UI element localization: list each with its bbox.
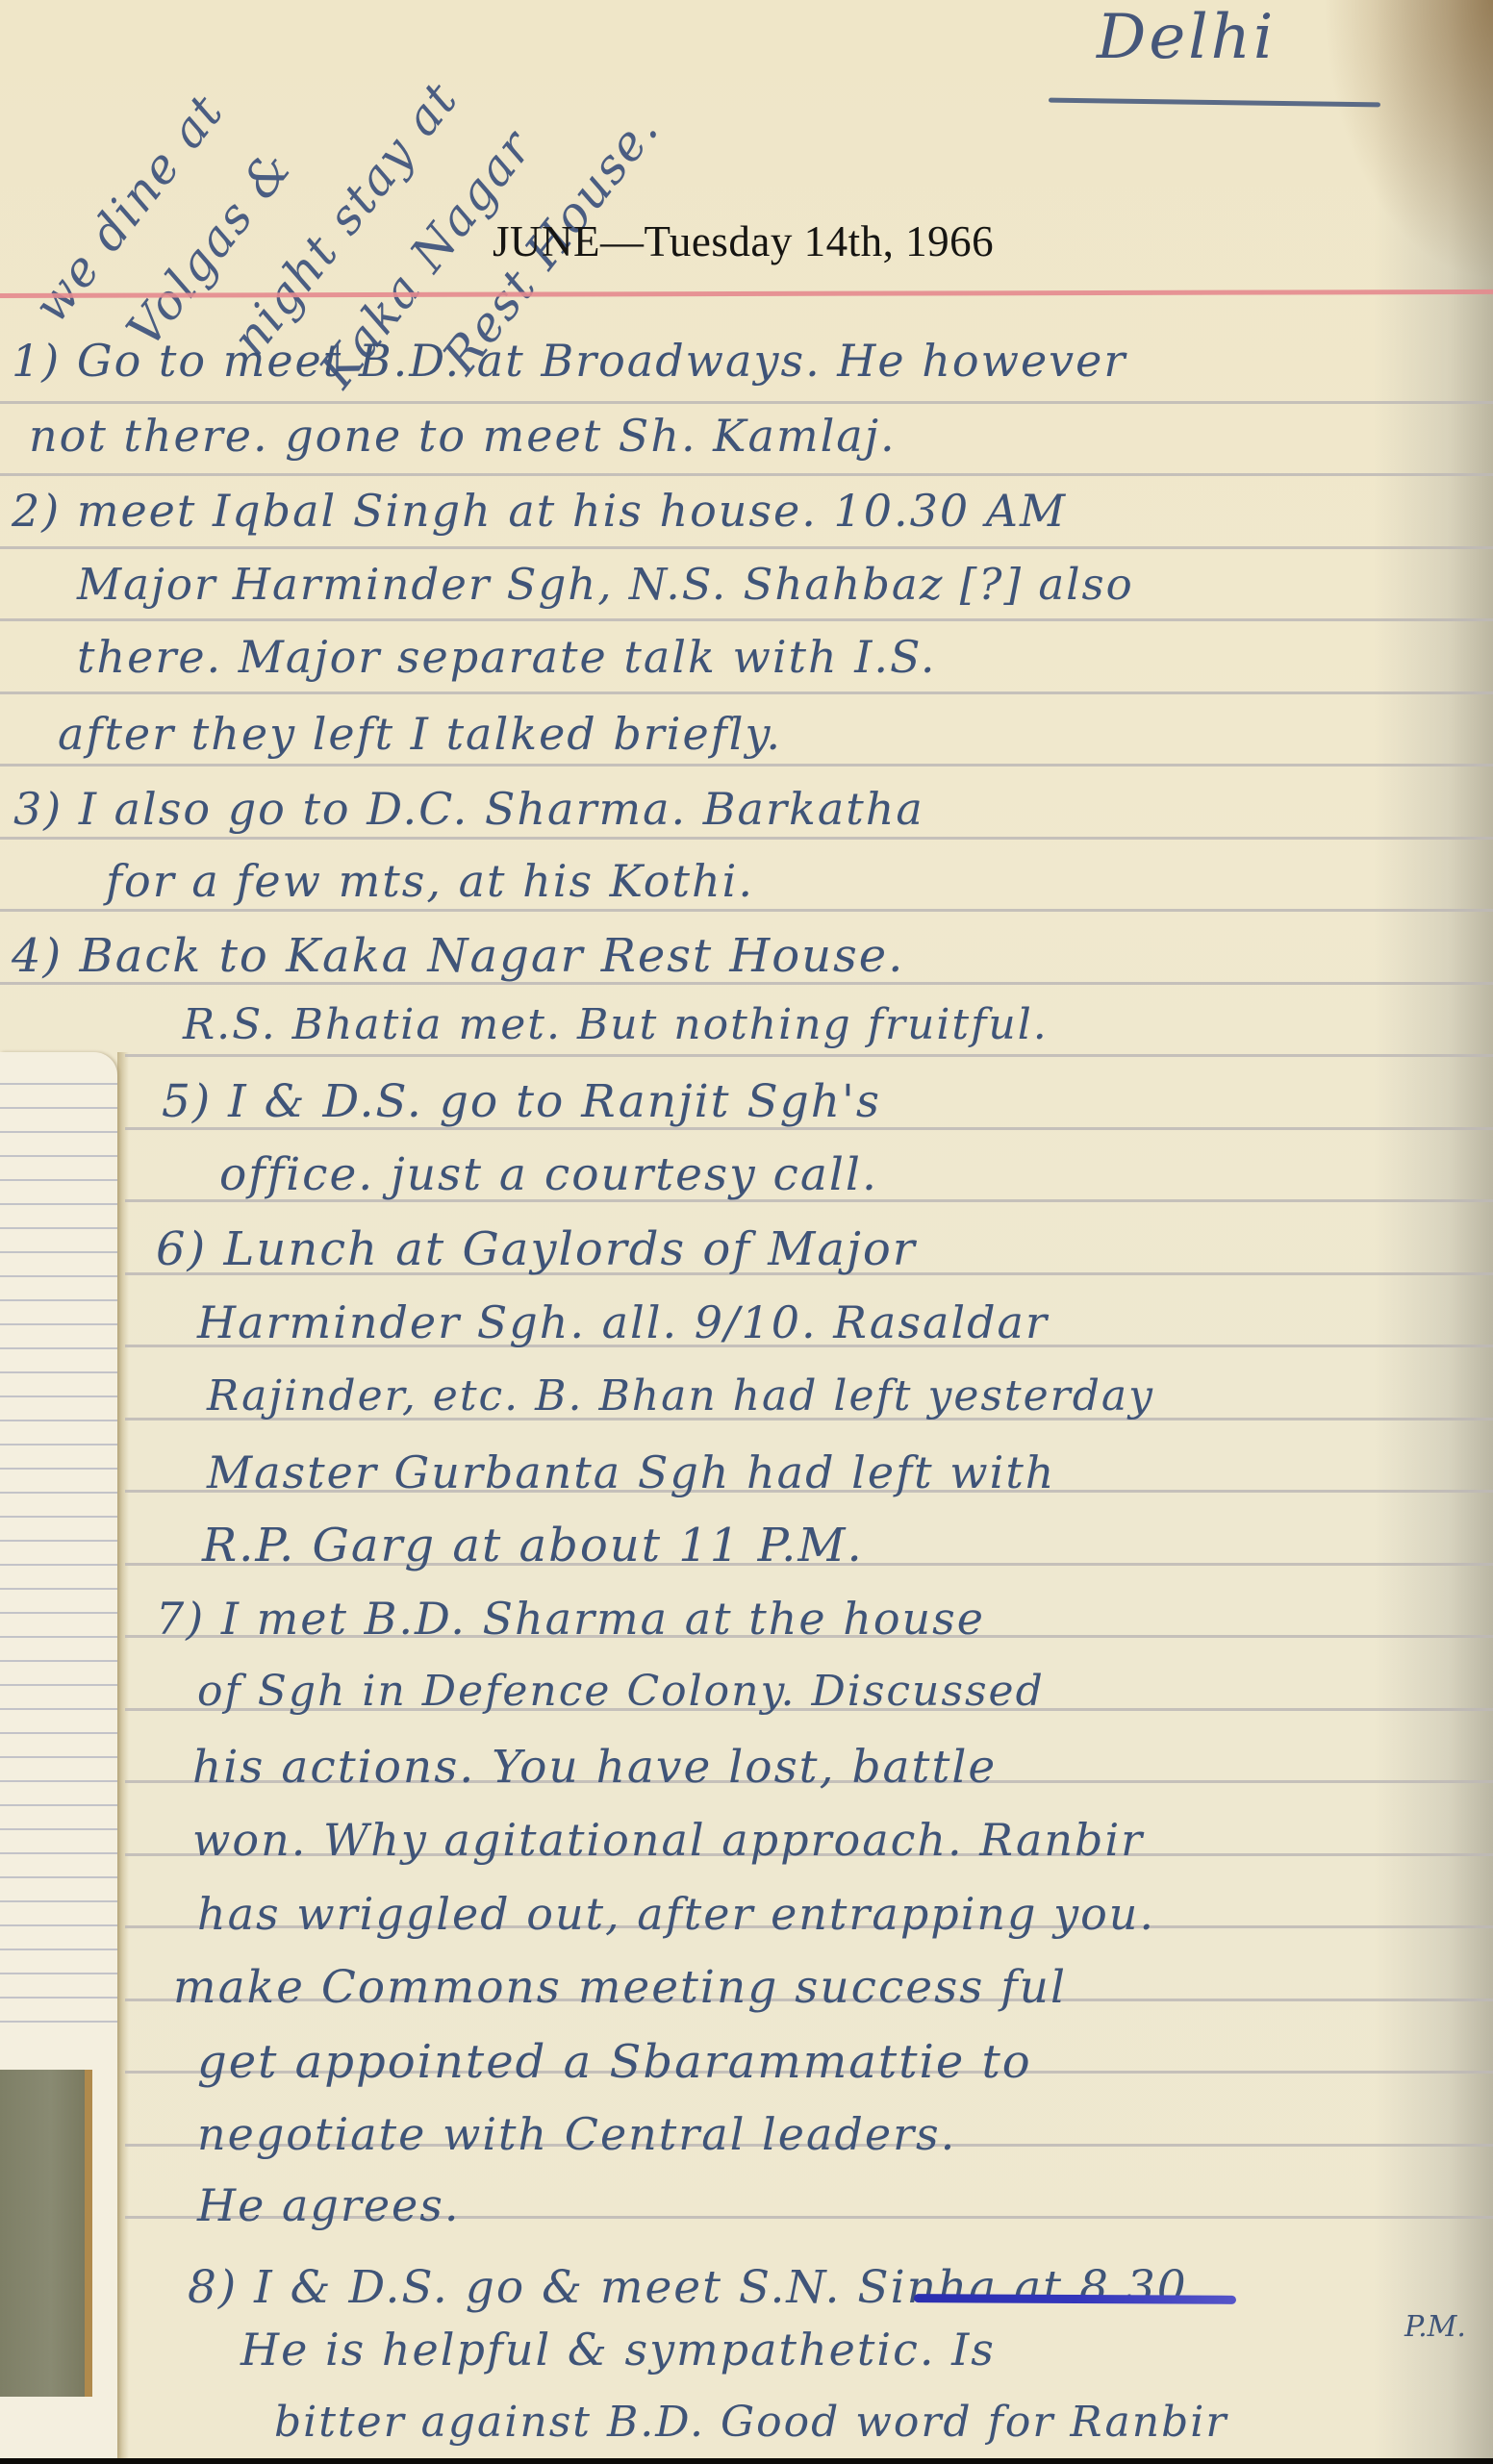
ruled-line	[0, 546, 1493, 549]
entry-line: after they left I talked briefly.	[58, 712, 782, 756]
name-underline	[914, 2294, 1236, 2304]
entry-line: He agrees.	[197, 2183, 461, 2227]
entry-line: 4) Back to Kaka Nagar Rest House.	[12, 933, 904, 979]
entry-line: of Sgh in Defence Colony. Discussed	[197, 1671, 1045, 1713]
entry-line: for a few mts, at his Kothi.	[106, 859, 754, 903]
entry-line: 3) I also go to D.C. Sharma. Barkatha	[13, 787, 924, 831]
entry-line: 6) Lunch at Gaylords of Major	[156, 1226, 917, 1272]
printed-date-header: JUNE—Tuesday 14th, 1966	[493, 216, 994, 266]
entry-line: bitter against B.D. Good word for Ranbir	[274, 2401, 1227, 2444]
entry-line: 5) I & D.S. go to Ranjit Sgh's	[162, 1079, 881, 1124]
ruled-line	[0, 618, 1493, 621]
entry-line: R.P. Garg at about 11 P.M.	[202, 1522, 864, 1569]
entry-line: He is helpful & sympathetic. Is	[240, 2327, 996, 2372]
entry-line: Harminder Sgh. all. 9/10. Rasaldar	[197, 1300, 1049, 1345]
entry-line: not there. gone to meet Sh. Kamlaj.	[29, 414, 897, 458]
ruled-line	[0, 764, 1493, 767]
ruled-line	[0, 837, 1493, 840]
entry-line: his actions. You have lost, battle	[192, 1745, 997, 1790]
entry-line: make Commons meeting success ful	[173, 1965, 1067, 2010]
entry-line: R.S. Bhatia met. But nothing fruitful.	[183, 1004, 1049, 1046]
entry-line: there. Major separate talk with I.S.	[77, 635, 937, 679]
entry-line: 7) I met B.D. Sharma at the house	[156, 1597, 985, 1641]
diary-page: Delhi we dine at Volgas & night stay at …	[0, 0, 1493, 2458]
ruled-line	[0, 909, 1493, 912]
entry-line: Rajinder, etc. B. Bhan had left yesterda…	[207, 1375, 1154, 1418]
ruled-line	[125, 1054, 1493, 1057]
entry-line: has wriggled out, after entrapping you.	[197, 1892, 1155, 1936]
entry-line: Master Gurbanta Sgh had left with	[207, 1450, 1055, 1495]
entry-line: 2) meet Iqbal Singh at his house. 10.30 …	[12, 489, 1067, 533]
ruled-line	[0, 473, 1493, 476]
entry-line: Major Harminder Sgh, N.S. Shahbaz [?] al…	[77, 563, 1134, 606]
place-heading: Delhi	[1097, 2, 1276, 73]
time-suffix: P.M.	[1404, 2313, 1466, 2342]
entry-line: get appointed a Sbarammattie to	[197, 2039, 1032, 2085]
ruled-line	[0, 691, 1493, 694]
entry-line: office. just a courtesy call.	[219, 1152, 878, 1197]
entry-line: 8) I & D.S. go & meet S.N. Sinha at 8.30	[188, 2265, 1188, 2310]
entry-line: negotiate with Central leaders.	[197, 2112, 956, 2156]
entry-line: won. Why agitational approach. Ranbir	[192, 1818, 1144, 1862]
page-bottom-edge	[0, 2458, 1493, 2464]
entry-line: 1) Go to meet B.D. at Broadways. He howe…	[12, 339, 1126, 383]
